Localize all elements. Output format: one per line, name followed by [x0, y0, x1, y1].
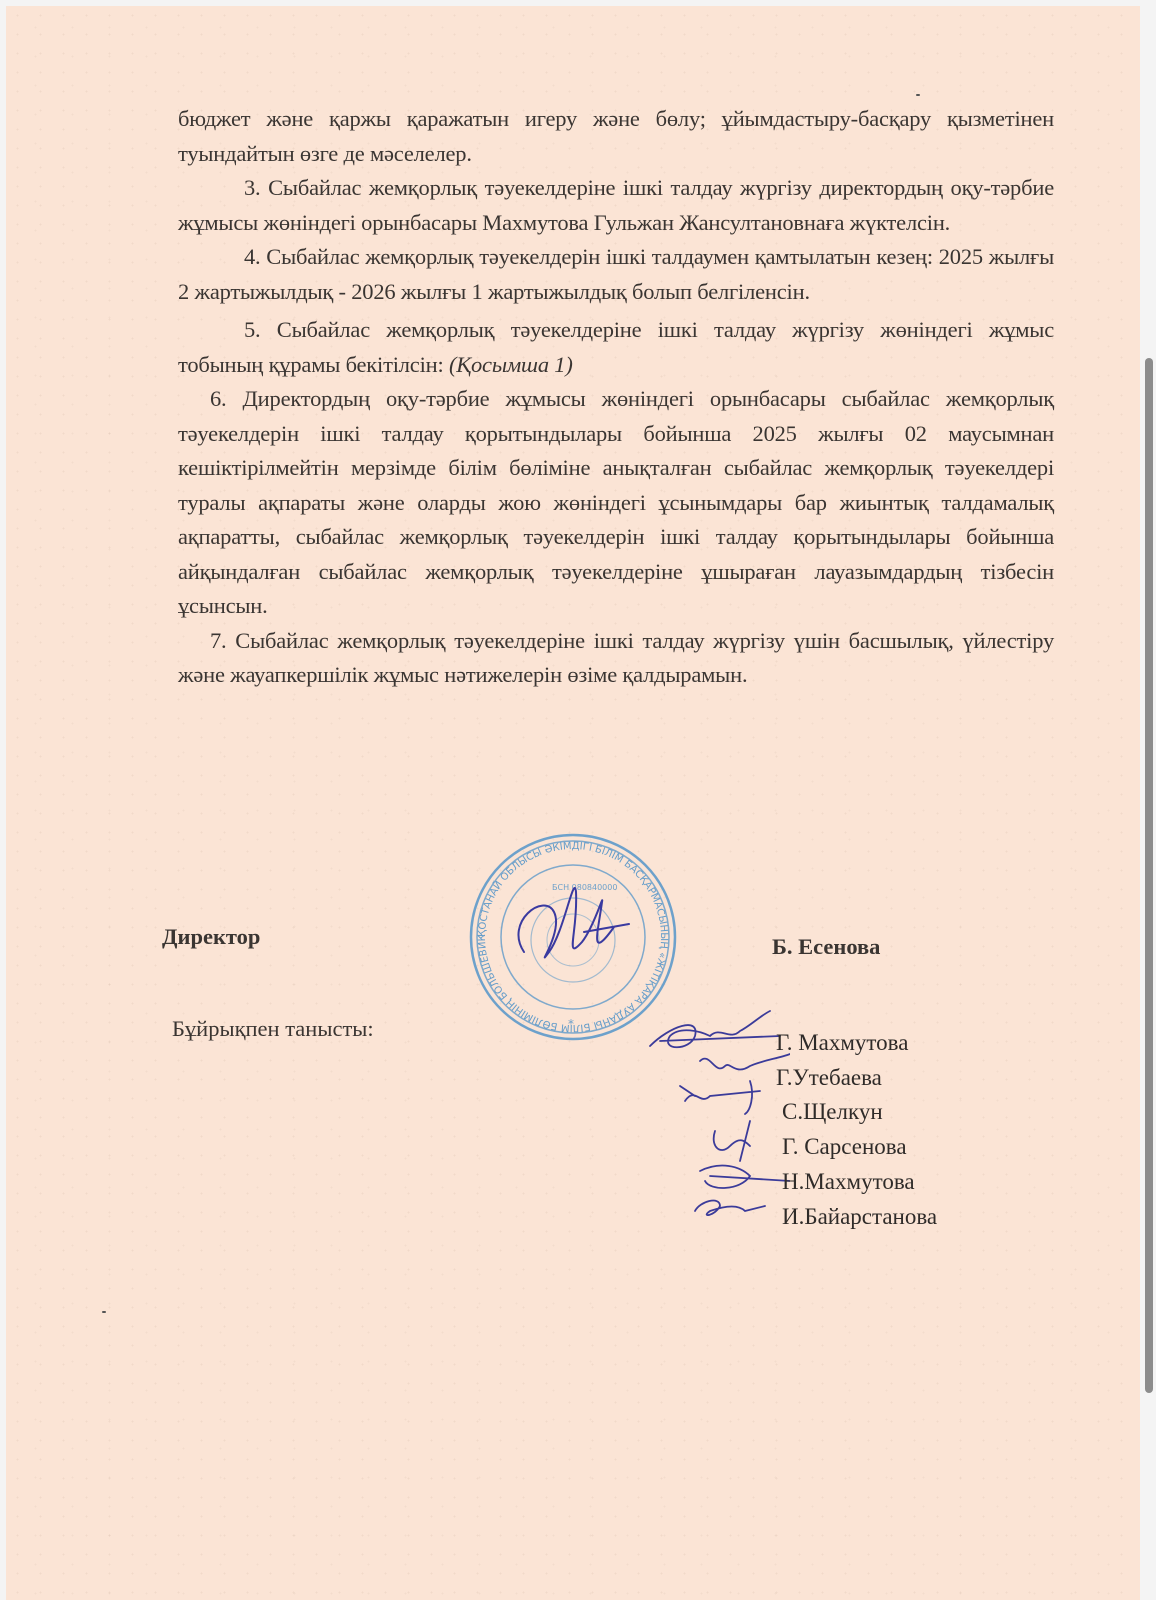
director-title: Директор	[162, 924, 260, 950]
paragraph-5: 5. Сыбайлас жемқорлық тәуекелдеріне ішкі…	[178, 313, 1054, 382]
svg-text:БСН 080840000: БСН 080840000	[552, 883, 617, 892]
paragraph-5-text: 5. Сыбайлас жемқорлық тәуекелдеріне ішкі…	[178, 317, 1054, 377]
scrollbar-thumb[interactable]	[1145, 358, 1153, 1393]
document-page: бюджет және қаржы қаражатын игеру және б…	[6, 6, 1140, 1600]
vertical-scrollbar[interactable]	[1140, 0, 1156, 1600]
scan-speck	[916, 94, 920, 96]
handwritten-signatures-icon	[640, 1006, 790, 1236]
acknowledgement-label: Бұйрықпен танысты:	[172, 1016, 374, 1042]
acknowledgement-names-list: Г. Махмутова Г.Утебаева С.Щелкун Г. Сарс…	[776, 1026, 937, 1234]
ack-name-1: Г. Махмутова	[776, 1026, 937, 1061]
director-name: Б. Есенова	[772, 934, 880, 960]
svg-text:*: *	[568, 1017, 574, 1031]
paragraph-continuation: бюджет және қаржы қаражатын игеру және б…	[178, 102, 1054, 171]
scan-speck	[102, 1311, 106, 1313]
appendix-reference: (Қосымша 1)	[449, 352, 573, 377]
ack-name-2: Г.Утебаева	[776, 1061, 937, 1096]
ack-name-3: С.Щелкун	[776, 1095, 937, 1130]
ack-name-4: Г. Сарсенова	[776, 1130, 937, 1165]
paragraph-3: 3. Сыбайлас жемқорлық тәуекелдеріне ішкі…	[178, 171, 1054, 240]
paragraph-7: 7. Сыбайлас жемқорлық тәуекелдеріне ішкі…	[178, 624, 1054, 693]
ack-name-5: Н.Махмутова	[776, 1165, 937, 1200]
order-body: бюджет және қаржы қаражатын игеру және б…	[178, 102, 1054, 693]
paragraph-6: 6. Директордың оқу-тәрбие жұмысы жөнінде…	[178, 382, 1054, 624]
ack-name-6: И.Байарстанова	[776, 1200, 937, 1235]
paragraph-4: 4. Сыбайлас жемқорлық тәуекелдерін ішкі …	[178, 240, 1054, 309]
document-viewer: бюджет және қаржы қаражатын игеру және б…	[0, 0, 1156, 1600]
